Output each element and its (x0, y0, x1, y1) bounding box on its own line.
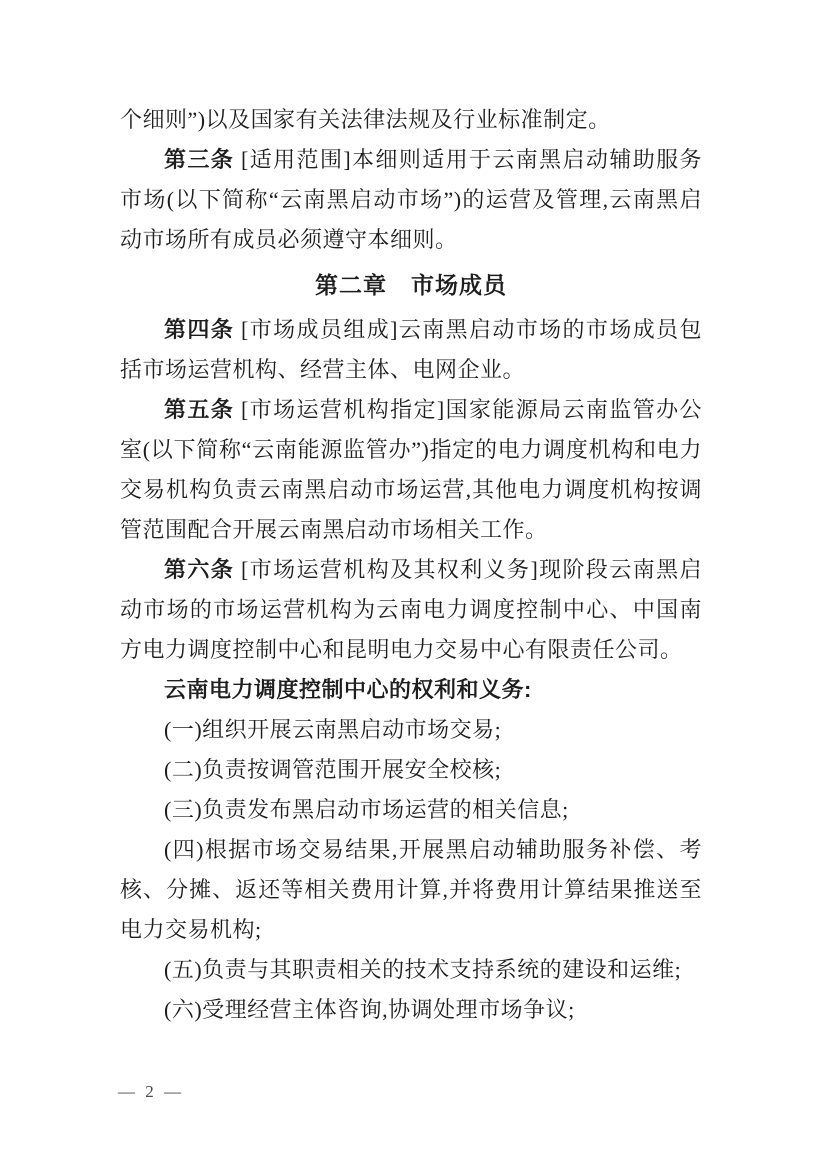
article-5-number: 第五条 (164, 397, 234, 422)
article-6-number: 第六条 (164, 557, 234, 582)
document-page: 个细则”)以及国家有关法律法规及行业标准制定。 第三条 [适用范围]本细则适用于… (0, 0, 827, 1170)
continuation-text: 个细则”)以及国家有关法律法规及行业标准制定。 (120, 107, 611, 132)
article-3-number: 第三条 (164, 147, 234, 172)
duty-item-2: (二)负责按调管范围开展安全校核; (120, 750, 702, 790)
page-number: — 2 — (118, 1082, 184, 1102)
duty-item-5: (五)负责与其职责相关的技术支持系统的建设和运维; (120, 950, 702, 990)
duty-item-1: (一)组织开展云南黑启动市场交易; (120, 710, 702, 750)
article-6-paragraph: 第六条 [市场运营机构及其权利义务]现阶段云南黑启动市场的市场运营机构为云南电力… (120, 550, 702, 670)
duty-item-6: (六)受理经营主体咨询,协调处理市场争议; (120, 990, 702, 1030)
chapter-2-heading: 第二章 市场成员 (120, 265, 702, 305)
duty-item-3: (三)负责发布黑启动市场运营的相关信息; (120, 790, 702, 830)
duties-heading: 云南电力调度控制中心的权利和义务: (120, 670, 702, 710)
article-3-paragraph: 第三条 [适用范围]本细则适用于云南黑启动辅助服务市场(以下简称“云南黑启动市场… (120, 140, 702, 260)
article-4-paragraph: 第四条 [市场成员组成]云南黑启动市场的市场成员包括市场运营机构、经营主体、电网… (120, 310, 702, 390)
article-5-paragraph: 第五条 [市场运营机构指定]国家能源局云南监管办公室(以下简称“云南能源监管办”… (120, 390, 702, 550)
article-4-number: 第四条 (164, 317, 234, 342)
duty-item-4: (四)根据市场交易结果,开展黑启动辅助服务补偿、考核、分摊、返还等相关费用计算,… (120, 830, 702, 950)
document-body: 个细则”)以及国家有关法律法规及行业标准制定。 第三条 [适用范围]本细则适用于… (120, 100, 702, 1030)
continuation-paragraph: 个细则”)以及国家有关法律法规及行业标准制定。 (120, 100, 702, 140)
